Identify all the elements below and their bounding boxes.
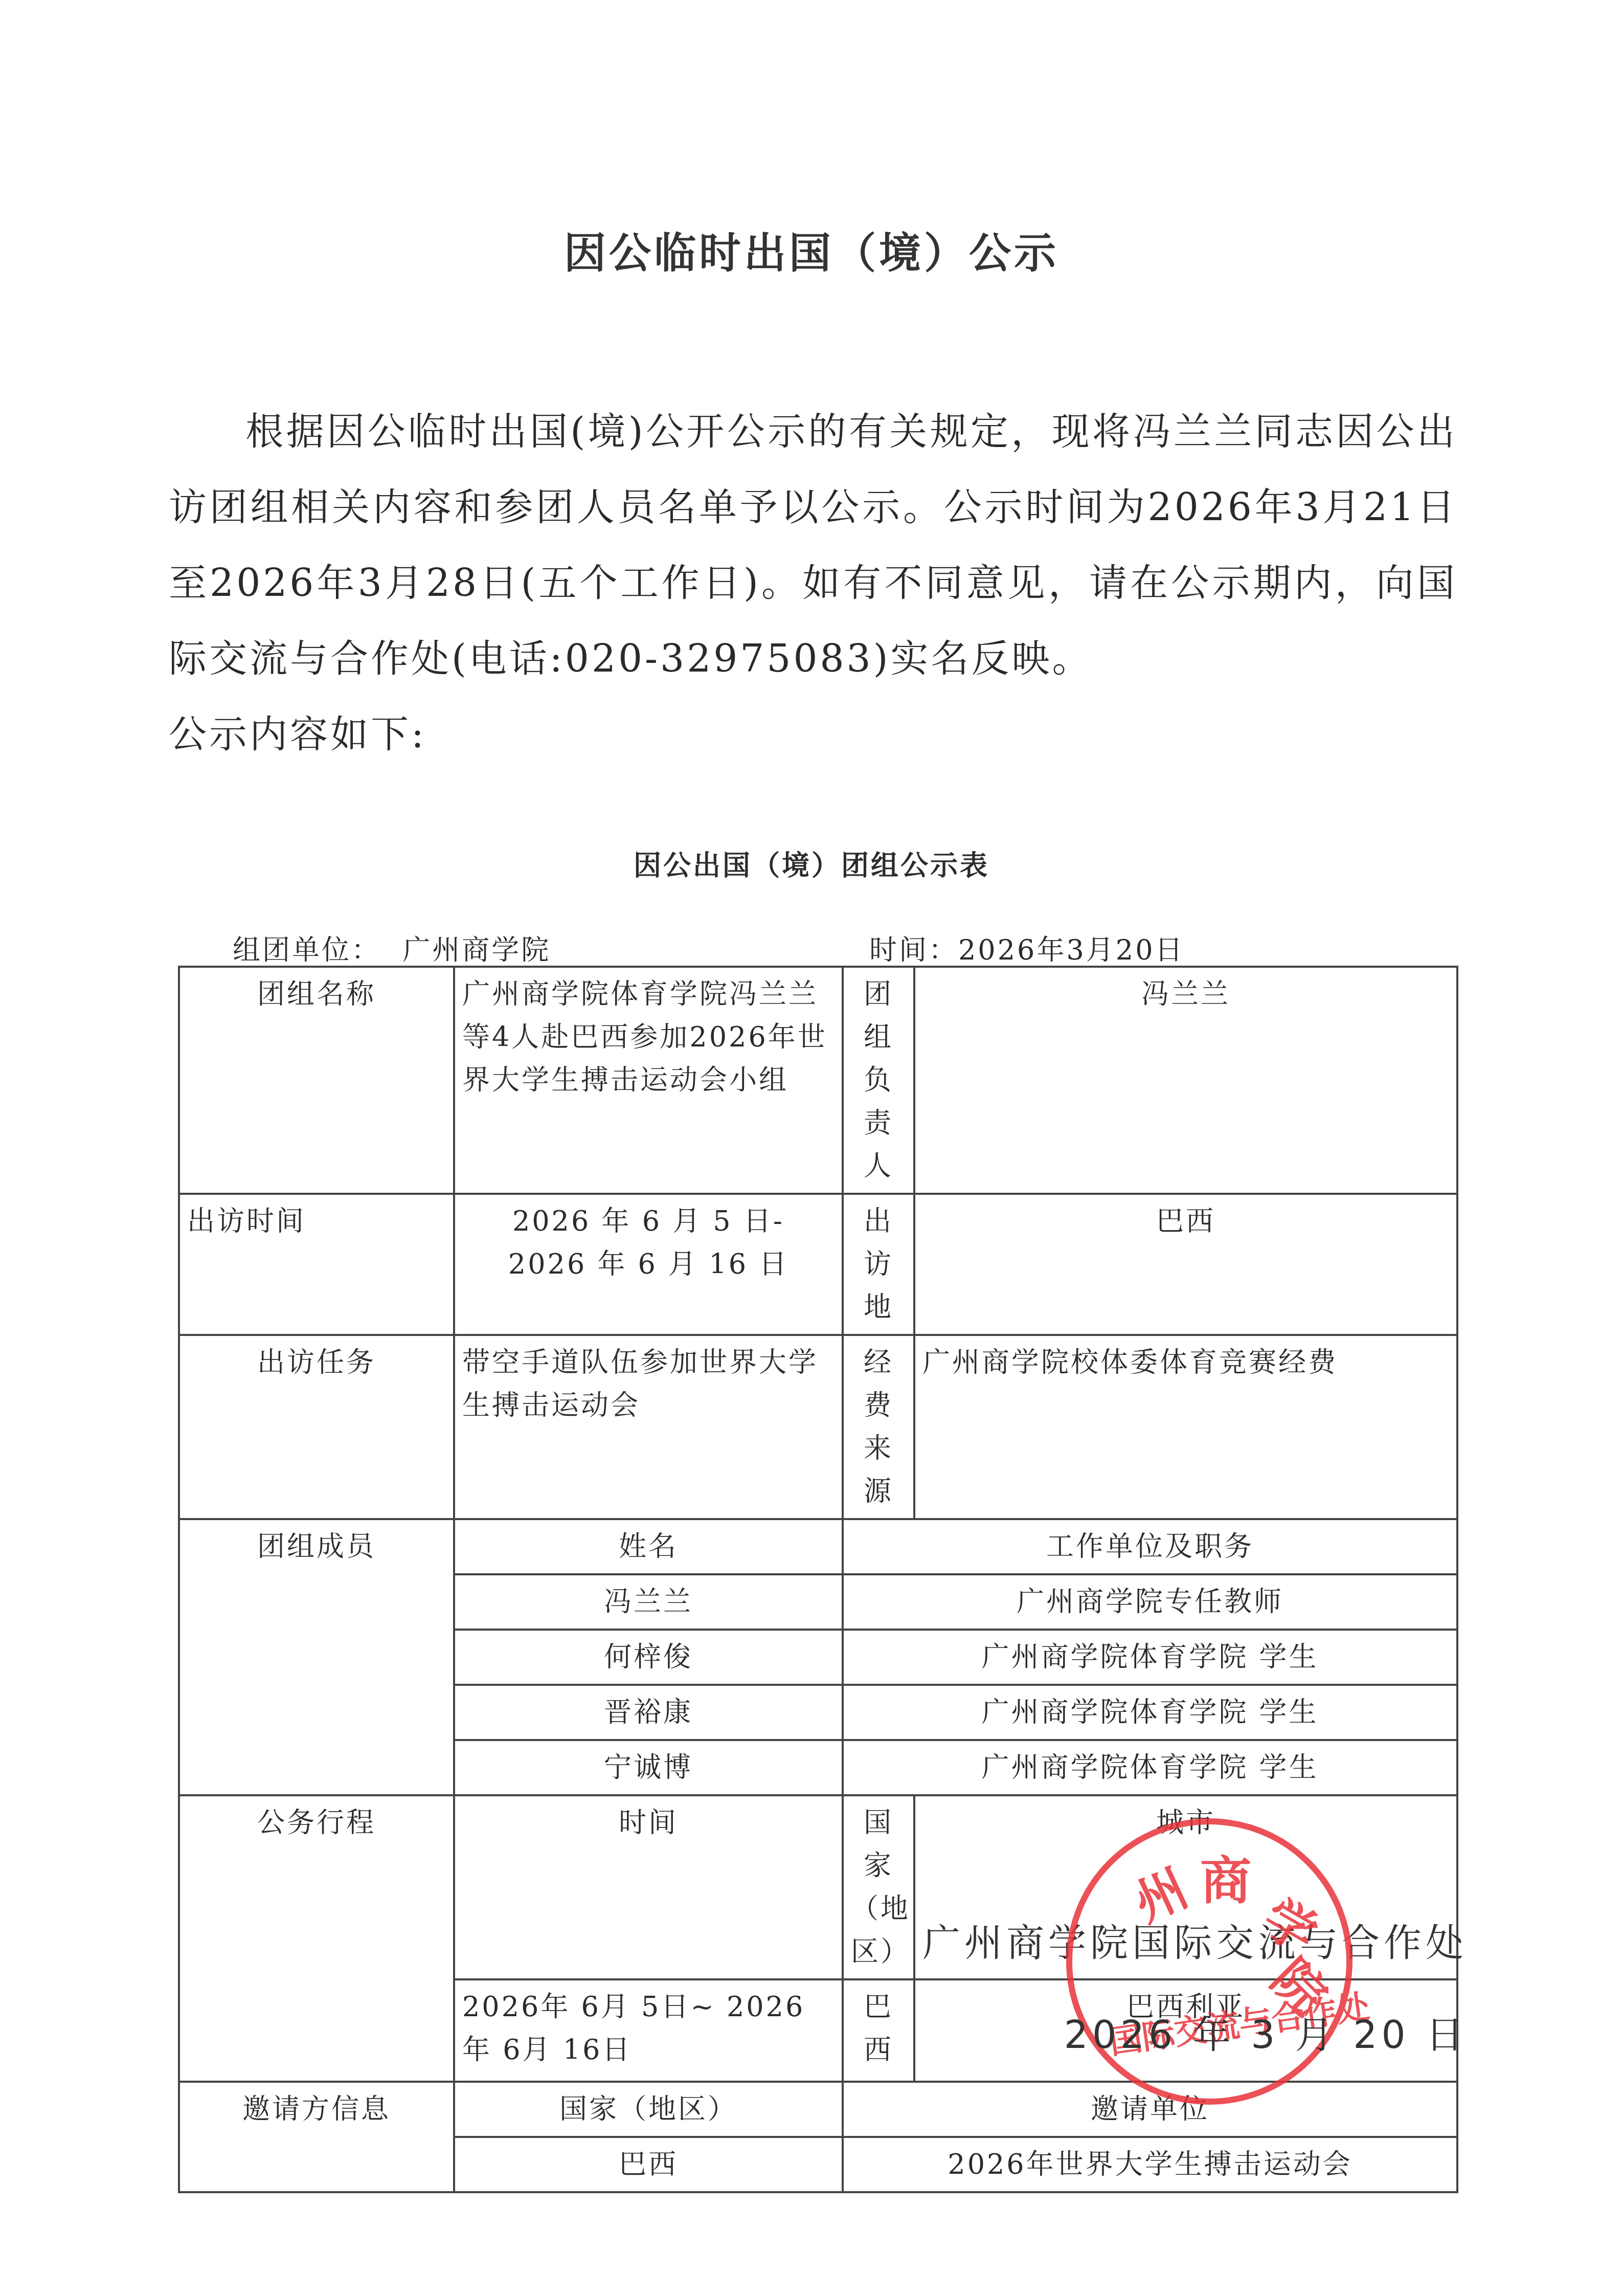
funding-label: 经费来源 [843,1335,914,1519]
itinerary-label: 公务行程 [179,1795,454,2082]
visit-time-end: 2026 年 6 月 16 日 [462,1243,835,1286]
inviter-country: 巴西 [454,2137,843,2192]
form-date-label: 时间： [869,934,958,966]
member-name: 何梓俊 [454,1630,843,1685]
seal-char: 商 [1200,1840,1251,1913]
funding-value: 广州商学院校体委体育竞赛经费 [914,1335,1457,1519]
destination-value: 巴西 [914,1194,1457,1335]
leader-value: 冯兰兰 [914,967,1457,1194]
visit-time-value: 2026 年 6 月 5 日- 2026 年 6 月 16 日 [454,1194,843,1335]
organizing-unit: 组团单位： 广州商学院 [233,928,551,968]
row-task: 出访任务 带空手道队伍参加世界大学生搏击运动会 经费来源 广州商学院校体委体育竞… [179,1335,1457,1519]
task-value: 带空手道队伍参加世界大学生搏击运动会 [454,1335,843,1519]
page-title: 因公临时出国（境）公示 [0,220,1623,280]
organizing-unit-label: 组团单位： [233,934,381,966]
itinerary-time: 2026年 6月 5日~ 2026年 6月 16日 [454,1979,843,2082]
official-seal: 州 商 学 院 国际交流与合作处 [1066,1818,1352,2105]
leader-label: 团组负责人 [843,967,914,1194]
members-header-position: 工作单位及职务 [843,1519,1457,1574]
inviter-label: 邀请方信息 [179,2082,454,2192]
member-position: 广州商学院体育学院 学生 [843,1630,1457,1685]
member-position: 广州商学院专任教师 [843,1574,1457,1630]
members-label: 团组成员 [179,1519,454,1795]
visit-time-label: 出访时间 [179,1194,454,1335]
member-position: 广州商学院体育学院 学生 [843,1685,1457,1740]
row-visit-time: 出访时间 2026 年 6 月 5 日- 2026 年 6 月 16 日 出访地… [179,1194,1457,1335]
task-label: 出访任务 [179,1335,454,1519]
member-name: 晋裕康 [454,1685,843,1740]
seal-char: 州 [1120,1848,1198,1936]
destination-label: 出访地 [843,1194,914,1335]
inviter-header-country: 国家（地区） [454,2082,843,2137]
form-date: 时间：2026年3月20日 [869,928,1185,968]
visit-time-start: 2026 年 6 月 5 日- [462,1200,835,1243]
members-header-name: 姓名 [454,1519,843,1574]
member-position: 广州商学院体育学院 学生 [843,1740,1457,1795]
member-name: 宁诚博 [454,1740,843,1795]
group-name-label: 团组名称 [179,967,454,1194]
notice-text: 根据因公临时出国(境)公开公示的有关规定，现将冯兰兰同志因公出访团组相关内容和参… [169,410,1457,681]
member-name: 冯兰兰 [454,1574,843,1630]
notice-intro: 公示内容如下: [169,712,426,756]
itinerary-header-time: 时间 [454,1795,843,1979]
issuing-date: 2026 年 3 月 20 日 [880,2005,1468,2059]
row-group-name: 团组名称 广州商学院体育学院冯兰兰等4人赴巴西参加2026年世界大学生搏击运动会… [179,967,1457,1194]
document-page: 因公临时出国（境）公示 根据因公临时出国(境)公开公示的有关规定，现将冯兰兰同志… [0,0,1623,2296]
notice-paragraph: 根据因公临时出国(境)公开公示的有关规定，现将冯兰兰同志因公出访团组相关内容和参… [169,394,1457,772]
group-name-value: 广州商学院体育学院冯兰兰等4人赴巴西参加2026年世界大学生搏击运动会小组 [454,967,843,1194]
inviter-unit: 2026年世界大学生搏击运动会 [843,2137,1457,2192]
members-header-row: 团组成员 姓名 工作单位及职务 [179,1519,1457,1574]
organizing-unit-value: 广州商学院 [402,934,551,966]
table-title: 因公出国（境）团组公示表 [0,844,1623,883]
form-date-value: 2026年3月20日 [958,934,1185,966]
